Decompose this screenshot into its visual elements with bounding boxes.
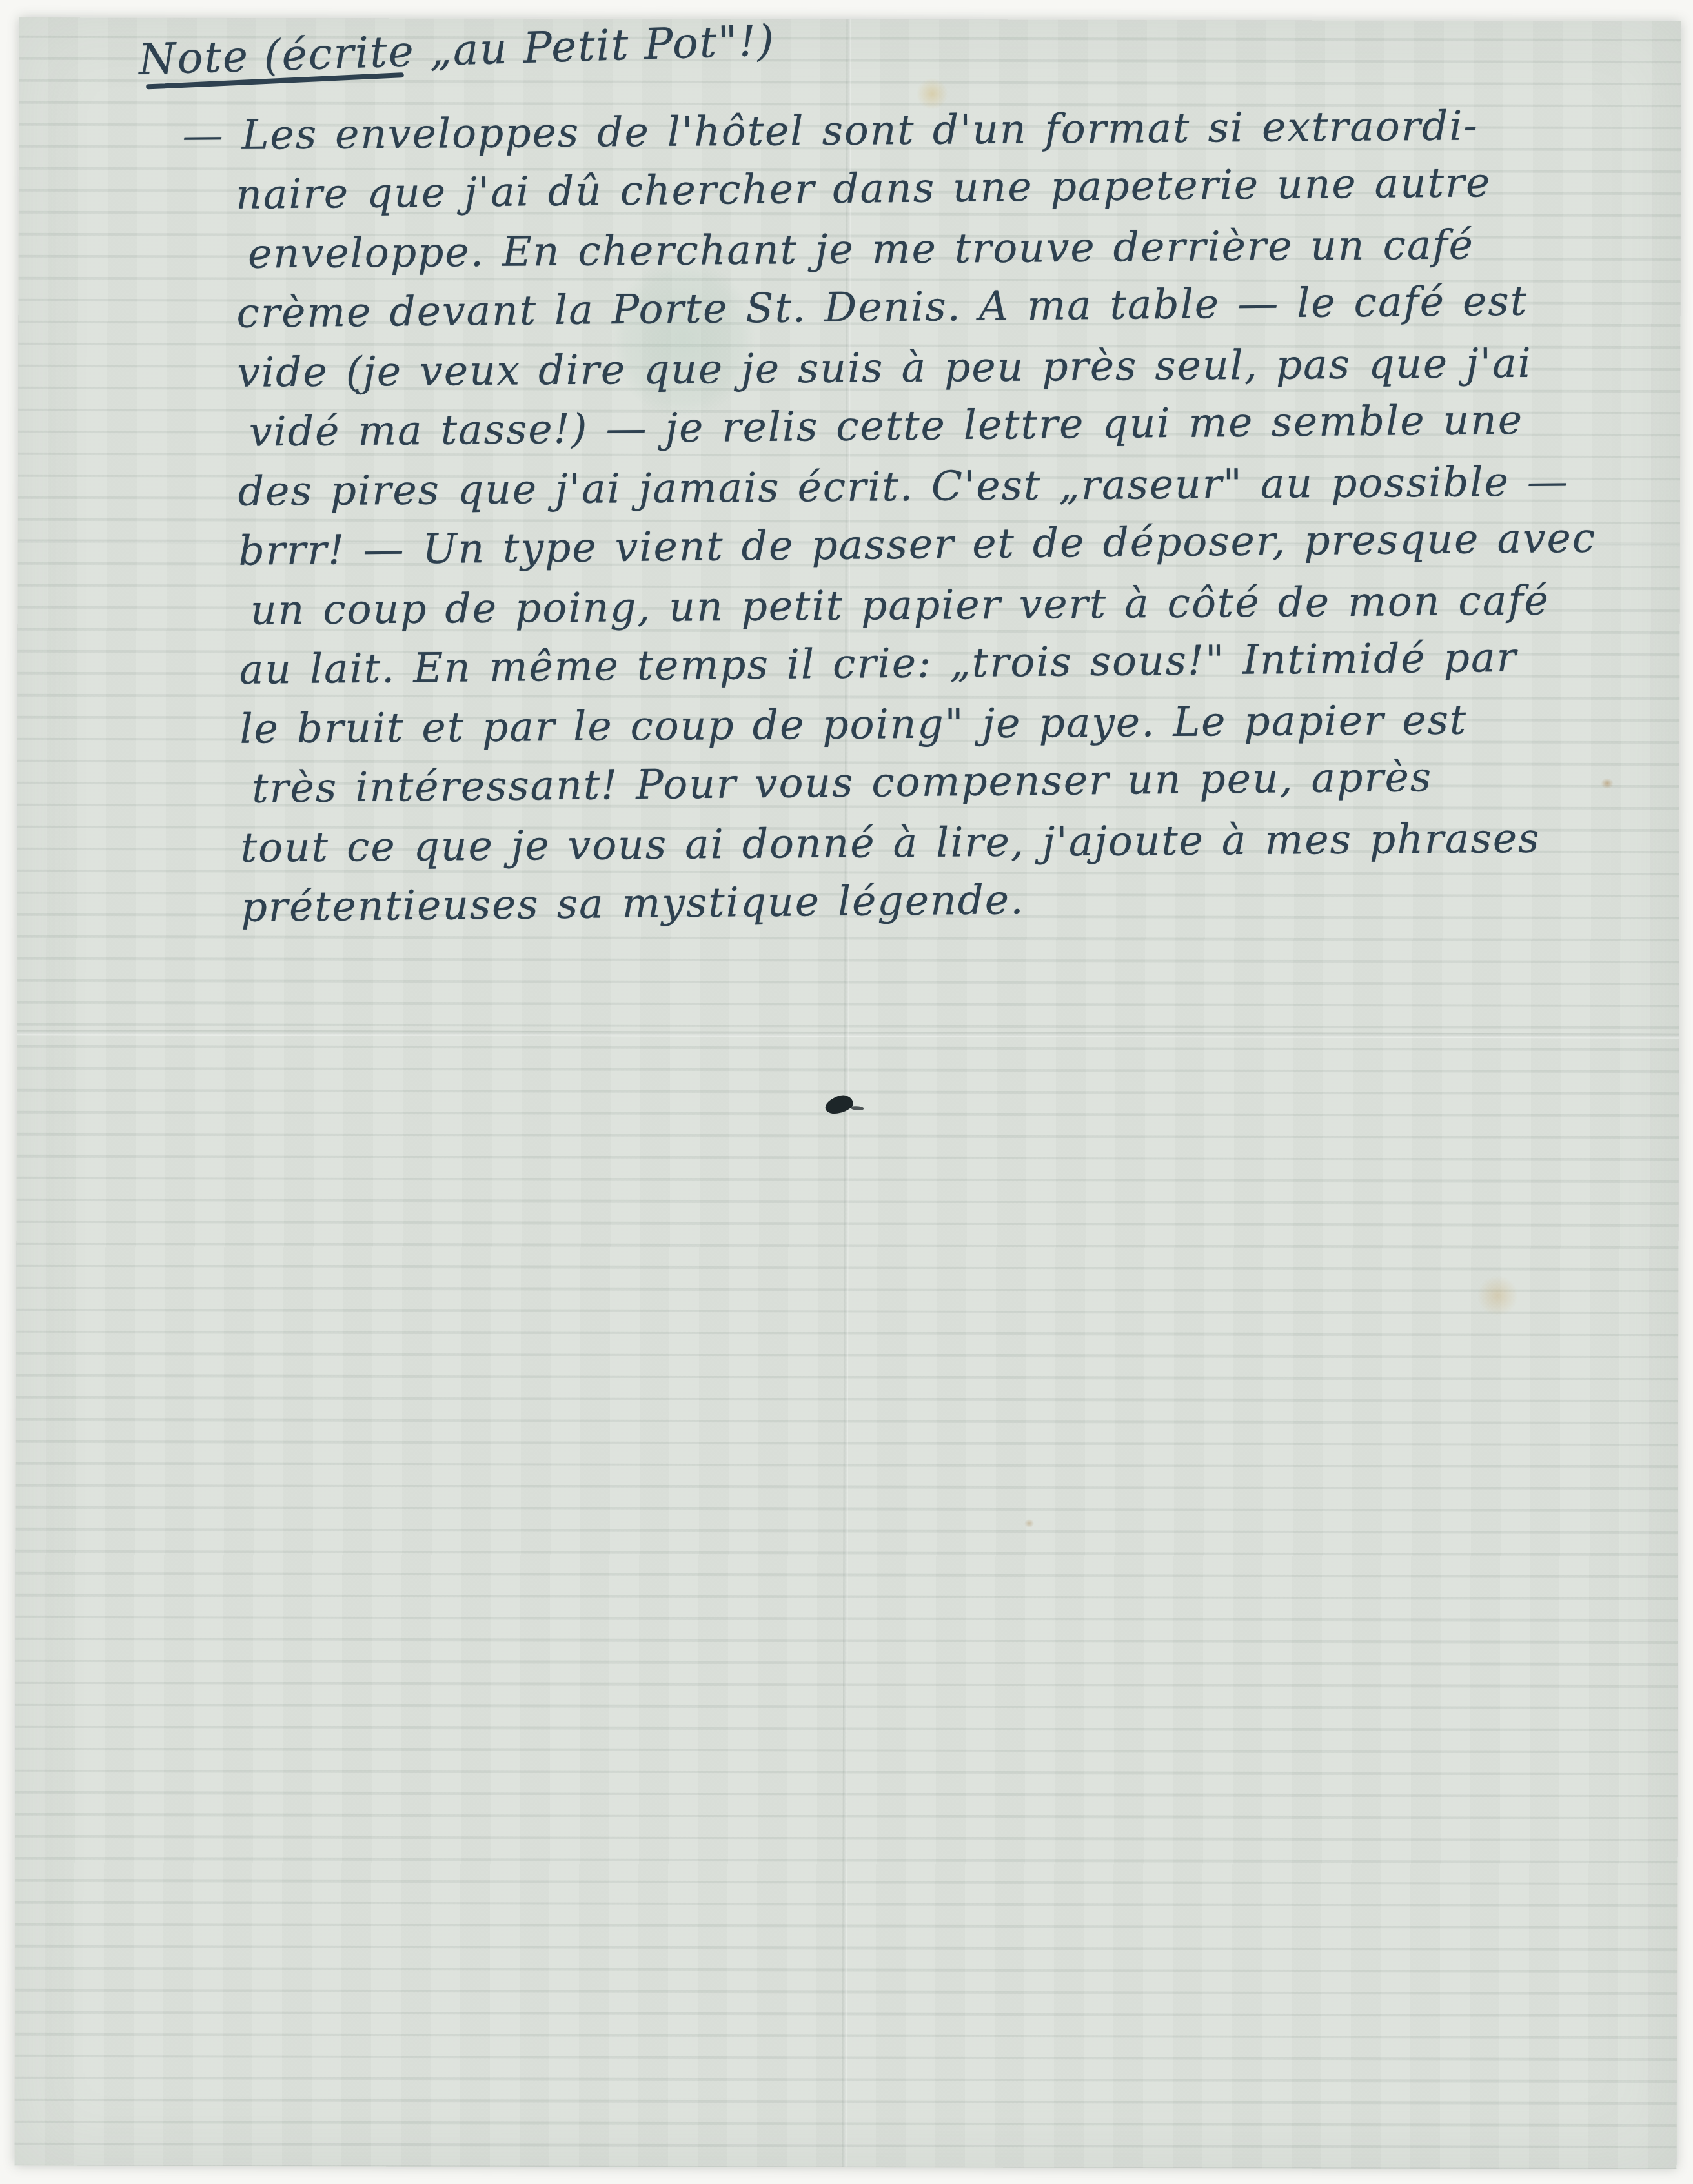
ink-blot	[823, 1093, 855, 1116]
scan-background: Note (écrite „au Petit Pot"!) — Les enve…	[0, 0, 1693, 2184]
letter-text: Note (écrite „au Petit Pot"!) — Les enve…	[19, 23, 1687, 939]
letter-page: Note (écrite „au Petit Pot"!) — Les enve…	[15, 17, 1681, 2169]
letter-body: — Les enveloppes de l'hôtel sont d'un fo…	[19, 95, 1688, 939]
foxing-spot	[1023, 1518, 1036, 1529]
letter-title: Note (écrite „au Petit Pot"!)	[138, 0, 1681, 85]
yellow-stain	[1468, 1267, 1526, 1325]
